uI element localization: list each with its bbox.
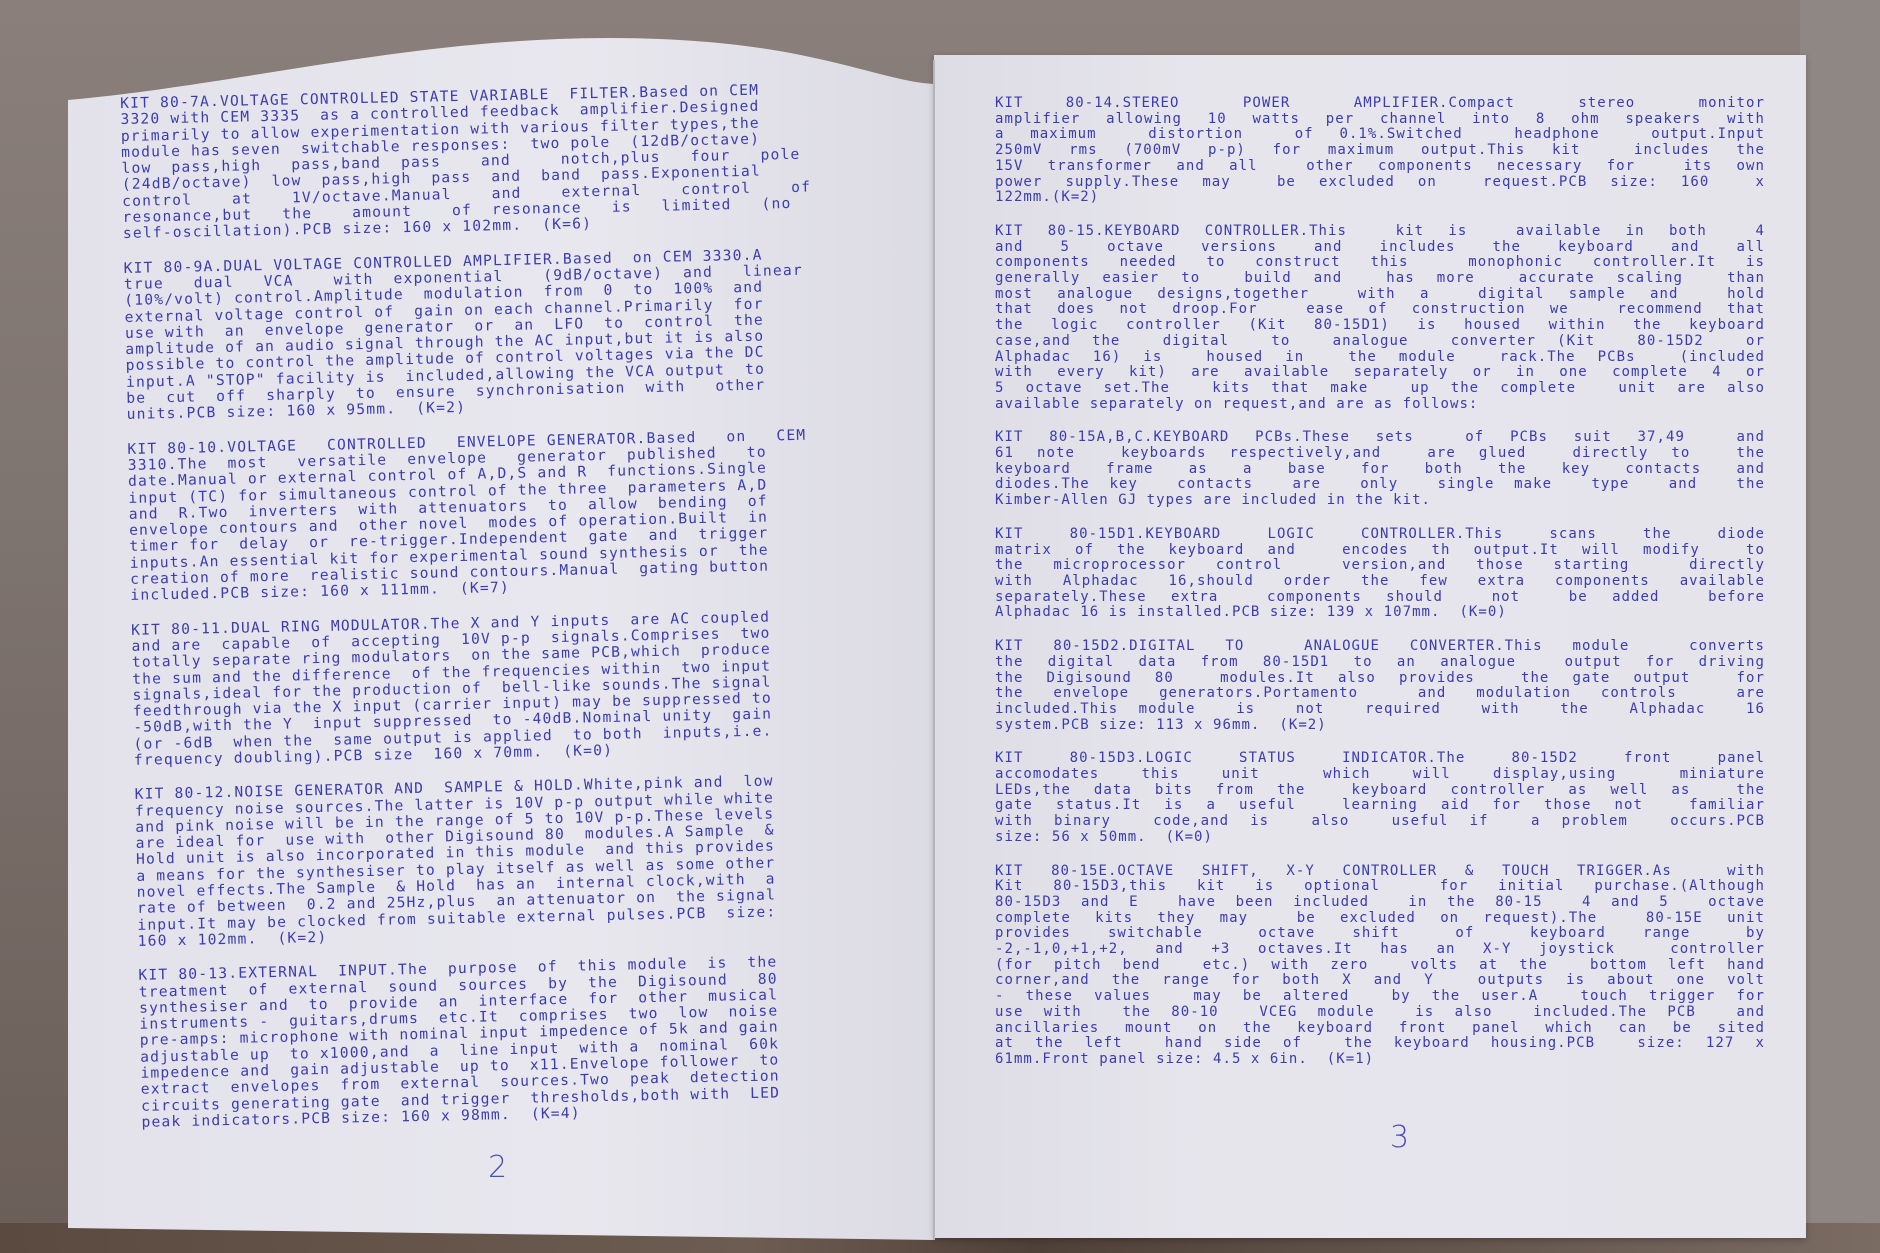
kit-entry-line: KIT 80-15.KEYBOARD CONTROLLER.This kit i… bbox=[995, 224, 1765, 240]
kit-entry: KIT 80-15E.OCTAVE SHIFT, X-Y CONTROLLER … bbox=[995, 864, 1765, 1068]
kit-entry-line: accomodates this unit which will display… bbox=[995, 767, 1765, 783]
background-wall bbox=[1800, 0, 1880, 1253]
kit-entry-line: use with the 80-10 VCEG module is also i… bbox=[995, 1005, 1765, 1021]
kit-entry-line: (for pitch bend etc.) with zero volts at… bbox=[995, 958, 1765, 974]
kit-entry-line: 5 octave set.The kits that make up the c… bbox=[995, 381, 1765, 397]
kit-entry-line: 15V transformer and all other components… bbox=[995, 159, 1765, 175]
page-number-left: 2 bbox=[488, 1150, 507, 1185]
kit-entry-line: the envelope generators.Portamento and m… bbox=[995, 686, 1765, 702]
kit-entry: KIT 80-10.VOLTAGE CONTROLLED ENVELOPE GE… bbox=[127, 428, 760, 604]
kit-entry-line: power supply.These may be excluded on re… bbox=[995, 175, 1765, 191]
kit-entry-line: at the left hand side of the keyboard ho… bbox=[995, 1036, 1765, 1052]
kit-entry-line: size: 56 x 50mm. (K=0) bbox=[995, 830, 1765, 846]
kit-entry-line: 250mV rms (700mV p-p) for maximum output… bbox=[995, 143, 1765, 159]
kit-entry-line: KIT 80-14.STEREO POWER AMPLIFIER.Compact… bbox=[995, 96, 1765, 112]
kit-entry-line: that does not droop.For ease of construc… bbox=[995, 302, 1765, 318]
kit-entry-line: matrix of the keyboard and encodes th ou… bbox=[995, 543, 1765, 559]
kit-entry: KIT 80-13.EXTERNAL INPUT.The purpose of … bbox=[138, 955, 771, 1131]
kit-entry: KIT 80-15D2.DIGITAL TO ANALOGUE CONVERTE… bbox=[995, 639, 1765, 733]
kit-entry-line: LEDs,the data bits from the keyboard con… bbox=[995, 783, 1765, 799]
kit-entry: KIT 80-7A.VOLTAGE CONTROLLED STATE VARIA… bbox=[120, 83, 753, 243]
kit-entry-line: the Digisound 80 modules.It also provide… bbox=[995, 671, 1765, 687]
kit-entry-line: system.PCB size: 113 x 96mm. (K=2) bbox=[995, 718, 1765, 734]
kit-entry: KIT 80-15D3.LOGIC STATUS INDICATOR.The 8… bbox=[995, 751, 1765, 845]
kit-entry: KIT 80-12.NOISE GENERATOR AND SAMPLE & H… bbox=[134, 774, 767, 950]
kit-entry: KIT 80-9A.DUAL VOLTAGE CONTROLLED AMPLIF… bbox=[123, 247, 756, 423]
kit-entry-line: corner,and the range for both X and Y ou… bbox=[995, 973, 1765, 989]
kit-entry-line: Kimber-Allen GJ types are included in th… bbox=[995, 493, 1765, 509]
kit-entry-line: a maximum distortion of 0.1%.Switched he… bbox=[995, 127, 1765, 143]
kit-entry-line: amplifier allowing 10 watts per channel … bbox=[995, 112, 1765, 128]
kit-entry-line: KIT 80-15D1.KEYBOARD LOGIC CONTROLLER.Th… bbox=[995, 527, 1765, 543]
booklet-spine bbox=[933, 60, 935, 1240]
kit-entry-line: generally easier to build and has more a… bbox=[995, 271, 1765, 287]
kit-entry-line: with Alphadac 16,should order the few ex… bbox=[995, 574, 1765, 590]
kit-entry-line: - these values may be altered by the use… bbox=[995, 989, 1765, 1005]
kit-entry: KIT 80-15A,B,C.KEYBOARD PCBs.These sets … bbox=[995, 430, 1765, 509]
kit-entry-line: the microprocessor control version,and t… bbox=[995, 558, 1765, 574]
kit-entry-line: KIT 80-15E.OCTAVE SHIFT, X-Y CONTROLLER … bbox=[995, 864, 1765, 880]
kit-entry-line: gate status.It is a useful learning aid … bbox=[995, 798, 1765, 814]
kit-entry-line: 61mm.Front panel size: 4.5 x 6in. (K=1) bbox=[995, 1052, 1765, 1068]
kit-entry-line: included.This module is not required wit… bbox=[995, 702, 1765, 718]
kit-entry-line: separately.These extra components should… bbox=[995, 590, 1765, 606]
kit-entry-line: case,and the digital to analogue convert… bbox=[995, 334, 1765, 350]
kit-entry-line: Kit 80-15D3,this kit is optional for ini… bbox=[995, 879, 1765, 895]
kit-entry: KIT 80-11.DUAL RING MODULATOR.The X and … bbox=[131, 609, 764, 769]
kit-entry-line: Alphadac 16 is installed.PCB size: 139 x… bbox=[995, 605, 1765, 621]
kit-entry-line: provides switchable octave shift of keyb… bbox=[995, 926, 1765, 942]
kit-entry-line: Alphadac 16) is housed in the module rac… bbox=[995, 350, 1765, 366]
kit-entry-line: ancillaries mount on the keyboard front … bbox=[995, 1021, 1765, 1037]
kit-entry-line: KIT 80-15A,B,C.KEYBOARD PCBs.These sets … bbox=[995, 430, 1765, 446]
right-page-text-column: KIT 80-14.STEREO POWER AMPLIFIER.Compact… bbox=[995, 96, 1765, 1086]
kit-entry-line: 61 note keyboards respectively,and are g… bbox=[995, 446, 1765, 462]
kit-entry-line: the logic controller (Kit 80-15D1) is ho… bbox=[995, 318, 1765, 334]
kit-entry-line: components needed to construct this mono… bbox=[995, 255, 1765, 271]
left-page-text-column: KIT 80-7A.VOLTAGE CONTROLLED STATE VARIA… bbox=[120, 83, 772, 1149]
kit-entry-line: the digital data from 80-15D1 to an anal… bbox=[995, 655, 1765, 671]
kit-entry-line: with every kit) are available separately… bbox=[995, 365, 1765, 381]
kit-entry: KIT 80-15.KEYBOARD CONTROLLER.This kit i… bbox=[995, 224, 1765, 412]
kit-entry-line: and 5 octave versions and includes the k… bbox=[995, 240, 1765, 256]
kit-entry-line: most analogue designs,together with a di… bbox=[995, 287, 1765, 303]
kit-entry-line: keyboard frame as a base for both the ke… bbox=[995, 462, 1765, 478]
kit-entry-line: 122mm.(K=2) bbox=[995, 190, 1765, 206]
kit-entry: KIT 80-15D1.KEYBOARD LOGIC CONTROLLER.Th… bbox=[995, 527, 1765, 621]
kit-entry-line: complete kits they may be excluded on re… bbox=[995, 911, 1765, 927]
kit-entry: KIT 80-14.STEREO POWER AMPLIFIER.Compact… bbox=[995, 96, 1765, 206]
kit-entry-line: diodes.The key contacts are only single … bbox=[995, 477, 1765, 493]
kit-entry-line: KIT 80-15D2.DIGITAL TO ANALOGUE CONVERTE… bbox=[995, 639, 1765, 655]
kit-entry-line: -2,-1,0,+1,+2, and +3 octaves.It has an … bbox=[995, 942, 1765, 958]
kit-entry-line: KIT 80-15D3.LOGIC STATUS INDICATOR.The 8… bbox=[995, 751, 1765, 767]
kit-entry-line: available separately on request,and are … bbox=[995, 397, 1765, 413]
kit-entry-line: with binary code,and is also useful if a… bbox=[995, 814, 1765, 830]
kit-entry-line: 80-15D3 and E have been included in the … bbox=[995, 895, 1765, 911]
page-number-right: 3 bbox=[1390, 1120, 1409, 1155]
